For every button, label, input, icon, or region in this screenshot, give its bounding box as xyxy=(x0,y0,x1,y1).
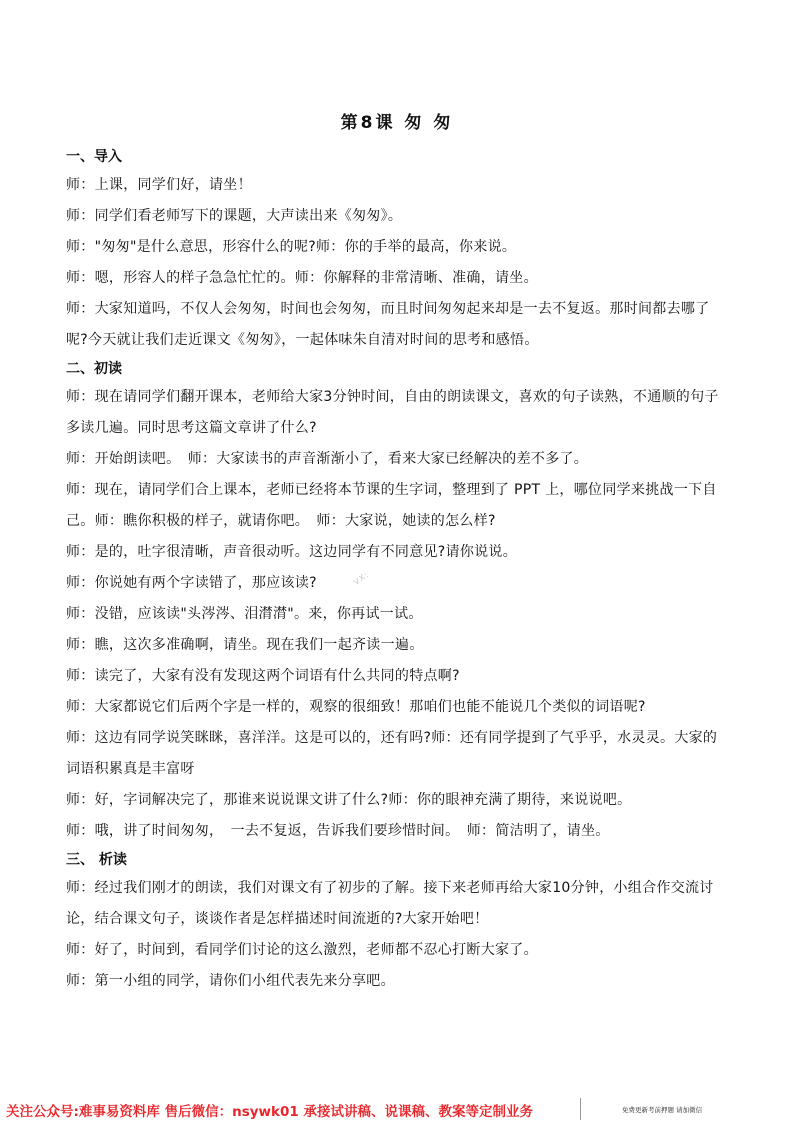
paragraph: 师：你说她有两个字读错了，那应该读? xyxy=(66,568,730,599)
section-heading: 一、导入 xyxy=(66,144,730,170)
paragraph: 师：瞧，这次多准确啊，请坐。现在我们一起齐读一遍。 xyxy=(66,630,730,661)
footer-divider xyxy=(580,1098,581,1120)
paragraph: 师：读完了，大家有没有发现这两个词语有什么共同的特点啊? xyxy=(66,661,730,692)
paragraph: 师：经过我们刚才的朗读，我们对课文有了初步的了解。接下来老师再给大家10分钟，小… xyxy=(66,873,730,935)
section-first-reading: 二、初读 师：现在请同学们翻开课本，老师给大家3分钟时间，自由的朗读课文，喜欢的… xyxy=(66,356,730,847)
paragraph: 师：第一小组的同学，请你们小组代表先来分享吧。 xyxy=(66,966,730,997)
section-heading: 二、初读 xyxy=(66,356,730,382)
section-heading: 三、 析读 xyxy=(66,847,730,873)
paragraph: 师：大家都说它们后两个字是一样的，观察的很细致！那咱们也能不能说几个类似的词语呢… xyxy=(66,692,730,723)
section-intro: 一、导入 师：上课，同学们好，请坐！ 师：同学们看老师写下的课题，大声读出来《匆… xyxy=(66,144,730,356)
section-analysis-reading: 三、 析读 师：经过我们刚才的朗读，我们对课文有了初步的了解。接下来老师再给大家… xyxy=(66,847,730,997)
paragraph: 师：哦，讲了时间匆匆， 一去不复返，告诉我们要珍惜时间。 师：简洁明了，请坐。 xyxy=(66,816,730,847)
paragraph: 师：开始朗读吧。 师：大家读书的声音渐渐小了，看来大家已经解决的差不多了。 xyxy=(66,444,730,475)
paragraph: 师："匆匆"是什么意思，形容什么的呢?师：你的手举的最高，你来说。 xyxy=(66,232,730,263)
paragraph: 师：现在请同学们翻开课本，老师给大家3分钟时间，自由的朗读课文，喜欢的句子读熟，… xyxy=(66,382,730,444)
paragraph: 师：嗯，形容人的样子急急忙忙的。师：你解释的非常清晰、准确，请坐。 xyxy=(66,263,730,294)
paragraph: 师：大家知道吗，不仅人会匆匆，时间也会匆匆，而且时间匆匆起来却是一去不复返。那时… xyxy=(66,294,730,356)
paragraph: 师：现在，请同学们合上课本，老师已经将本节课的生字词，整理到了 PPT 上，哪位… xyxy=(66,475,730,537)
paragraph: 师：这边有同学说笑眯眯，喜洋洋。这是可以的，还有吗?师：还有同学提到了气乎乎，水… xyxy=(66,723,730,785)
footer-promo-text: 关注公众号:难事易资料库 售后微信：nsywk01 承接试讲稿、说课稿、教案等定… xyxy=(6,1100,533,1120)
paragraph: 师：是的，吐字很清晰，声音很动听。这边同学有不同意见?请你说说。 xyxy=(66,537,730,568)
paragraph: 师：上课，同学们好，请坐！ xyxy=(66,170,730,201)
paragraph: 师：同学们看老师写下的课题，大声读出来《匆匆》。 xyxy=(66,201,730,232)
paragraph: 师：好，字词解决完了，那谁来说说课文讲了什么?师：你的眼神充满了期待，来说说吧。 xyxy=(66,785,730,816)
footer: 关注公众号:难事易资料库 售后微信：nsywk01 承接试讲稿、说课稿、教案等定… xyxy=(6,1100,794,1122)
document-body: 一、导入 师：上课，同学们好，请坐！ 师：同学们看老师写下的课题，大声读出来《匆… xyxy=(66,144,730,997)
page-title: 第8课 匆 匆 xyxy=(0,108,794,133)
paragraph: 师：没错，应该读"头涔涔、泪潸潸"。来，你再试一试。 xyxy=(66,599,730,630)
footer-note: 免费更新考前押题 请加微信 xyxy=(622,1105,702,1114)
paragraph: 师：好了，时间到，看同学们讨论的这么激烈，老师都不忍心打断大家了。 xyxy=(66,935,730,966)
